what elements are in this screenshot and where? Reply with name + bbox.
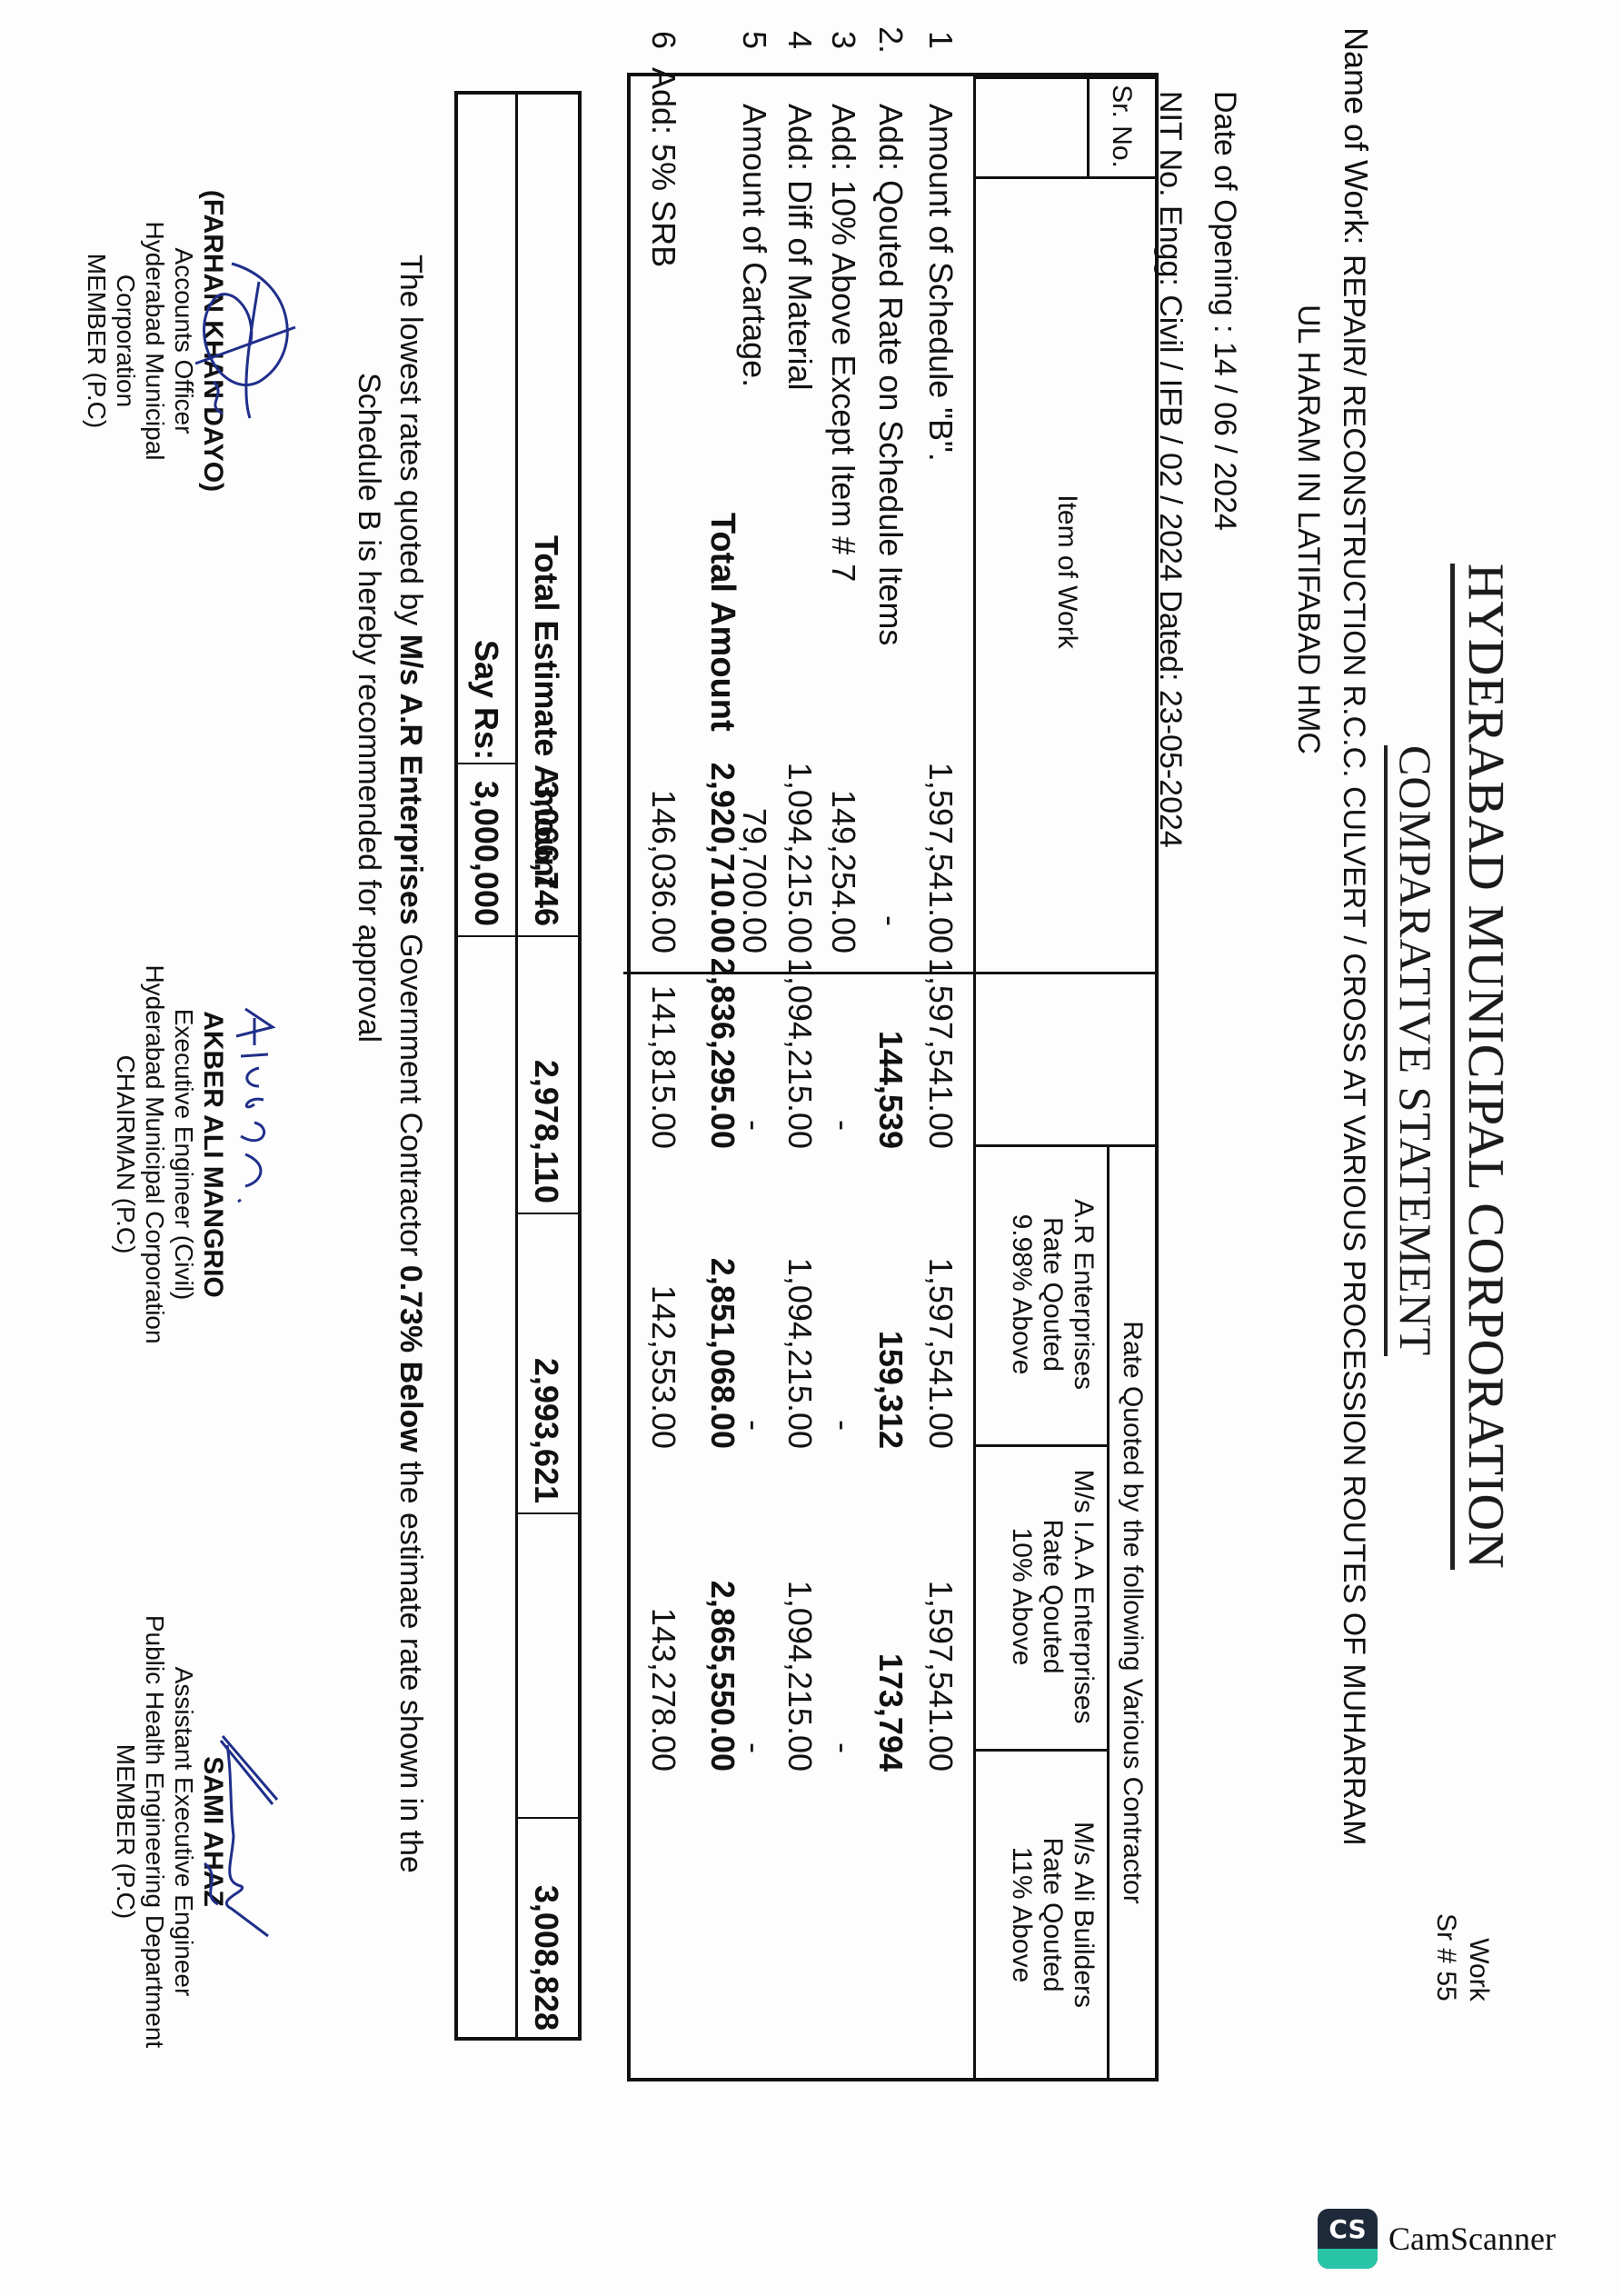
name-of-work-line1: REPAIR/ RECONSTRUCTION R.C.C. CULVERT / … bbox=[1331, 255, 1377, 1846]
signatory-role: MEMBER (P.C) bbox=[111, 1595, 140, 2068]
recommendation-line2: Schedule B is hereby recommended for app… bbox=[348, 255, 390, 1873]
row-item: Add: 5% SRB bbox=[644, 67, 682, 267]
table-row: 6Add: 5% SRB146,036.00141,815.00142,553.… bbox=[632, 76, 682, 2078]
row-c1: 2,836,295.00 bbox=[703, 858, 741, 1149]
header-contractor-group: Rate Quoted by the following Various Con… bbox=[1117, 1144, 1148, 2081]
total-contractor-2: 2,993,621 bbox=[527, 1335, 565, 1503]
row-c2: 1,094,215.00 bbox=[781, 1158, 819, 1449]
totals-col-divider bbox=[518, 1213, 578, 1214]
table-row: 2.Add: Qouted Rate on Schedule Items-144… bbox=[859, 76, 910, 2078]
totals-table: Total Estimate Amount 3,066,746 Say Rs: … bbox=[454, 91, 582, 2041]
name-of-work-value: REPAIR/ RECONSTRUCTION R.C.C. CULVERT / … bbox=[1286, 255, 1377, 1846]
signatory-organization: Hyderabad Municipal Corporation bbox=[140, 954, 169, 1354]
camscanner-logo-icon: CS bbox=[1318, 2209, 1378, 2269]
row-c2: - bbox=[824, 1158, 862, 1431]
row-c2: 2,851,068.00 bbox=[703, 1158, 741, 1449]
date-of-opening: Date of Opening : 14 / 06 / 2024 bbox=[1207, 91, 1242, 531]
statement-title: COMPARATIVE STATEMENT bbox=[1384, 745, 1442, 1356]
row-sr-no: 2. bbox=[871, 22, 910, 58]
row-sr-no: 3 bbox=[824, 22, 862, 58]
row-c3: 1,094,215.00 bbox=[781, 1481, 819, 1772]
signatory-designation: Executive Engineer (Civil) bbox=[169, 954, 198, 1354]
row-sr-no: 6 bbox=[644, 22, 682, 58]
signatory-role: MEMBER (P.C) bbox=[82, 168, 111, 514]
header-contractor-2: M/s I.A.A Enterprises Rate Qouted 10% Ab… bbox=[1006, 1444, 1099, 1749]
totals-divider bbox=[515, 95, 518, 2037]
signatory-role: CHAIRMAN (P.C) bbox=[111, 954, 140, 1354]
organization-title: HYDERABAD MUNICIPAL CORPORATION bbox=[1450, 564, 1515, 1570]
totals-col-divider bbox=[458, 935, 578, 937]
recommendation-line1: The lowest rates quoted by M/s A.R Enter… bbox=[390, 255, 432, 1873]
say-label: Say Rs: bbox=[467, 640, 505, 760]
row-item: Amount of Schedule "B". bbox=[921, 104, 960, 462]
header-sr-no: Sr. No. bbox=[1100, 76, 1137, 176]
row-c3: 143,278.00 bbox=[644, 1481, 682, 1772]
signatory-organization: Public Health Engineering Department bbox=[140, 1595, 169, 2068]
row-c3: 2,865,550.00 bbox=[703, 1481, 741, 1772]
header-contractor-1: A.R Enterprises Rate Qouted 9.98% Above bbox=[1006, 1144, 1099, 1444]
name-of-work-line2: UL HARAM IN LATIFABAD HMC bbox=[1286, 255, 1331, 1846]
row-sr-no: 1 bbox=[921, 22, 960, 58]
name-of-work-label: Name of Work: bbox=[1337, 27, 1375, 245]
row-c2: 1,597,541.00 bbox=[921, 1158, 960, 1449]
row-sr-no: 5 bbox=[735, 22, 773, 58]
camscanner-watermark: CS CamScanner bbox=[1318, 2207, 1608, 2271]
totals-col-divider bbox=[454, 763, 518, 764]
row-c1: 141,815.00 bbox=[644, 858, 682, 1149]
recommendation-text: The lowest rates quoted by M/s A.R Enter… bbox=[348, 255, 432, 1873]
document-sheet: HYDERABAD MUNICIPAL CORPORATION COMPARAT… bbox=[0, 0, 1622, 2296]
row-c3: - bbox=[824, 1481, 862, 1753]
row-c2: 159,312 bbox=[871, 1158, 910, 1449]
signature-mark-3 bbox=[186, 1727, 286, 1945]
sr-divider bbox=[1087, 76, 1090, 176]
say-value: 3,000,000 bbox=[467, 767, 505, 926]
row-item: Add: Diff of Material bbox=[781, 104, 819, 390]
total-contractor-1: 2,978,110 bbox=[527, 1035, 565, 1203]
row-c3: 173,794 bbox=[871, 1481, 910, 1772]
row-c1: - bbox=[824, 858, 862, 1131]
scanned-page: HYDERABAD MUNICIPAL CORPORATION COMPARAT… bbox=[0, 0, 1622, 2296]
total-contractor-3: 3,008,828 bbox=[527, 1858, 565, 2031]
header-contractor-3: M/s Ali Builders Rate Qouted 11% Above bbox=[1006, 1749, 1099, 2081]
table-row: 1Amount of Schedule "B".1,597,541.001,59… bbox=[909, 76, 960, 2078]
signatory-organization: Hyderabad Municipal Corporation bbox=[111, 168, 169, 514]
row-sr-no: 4 bbox=[781, 22, 819, 58]
serial-number: Sr # 55 bbox=[1429, 1913, 1462, 2002]
row-c1: 144,539 bbox=[871, 858, 910, 1149]
row-c1: 1,597,541.00 bbox=[921, 858, 960, 1149]
total-estimate-value: 3,066,746 bbox=[527, 767, 565, 926]
signature-mark-1 bbox=[177, 227, 313, 436]
totals-col-divider bbox=[518, 1512, 578, 1514]
row-item: Add: 10% Above Except Item # 7 bbox=[824, 104, 862, 582]
row-item: Add: Qouted Rate on Schedule Items bbox=[871, 104, 910, 645]
header-item-of-work: Item of Work bbox=[1051, 176, 1082, 967]
work-reference: Work Sr # 55 bbox=[1429, 1913, 1495, 2002]
row-c3: 1,597,541.00 bbox=[921, 1481, 960, 1772]
camscanner-name: CamScanner bbox=[1388, 2220, 1556, 2258]
comparative-table: Sr. No. Item of Work Rate Quoted by the … bbox=[627, 73, 1159, 2081]
signatory-block-2: AKBER ALI MANGRIO Executive Engineer (Ci… bbox=[111, 954, 227, 1354]
table-row: 3Add: 10% Above Except Item # 7149,254.0… bbox=[811, 76, 862, 2078]
group-divider bbox=[1107, 1144, 1110, 2081]
signature-mark-2 bbox=[218, 1000, 282, 1236]
row-c1: 1,094,215.00 bbox=[781, 858, 819, 1149]
table-row: 4Add: Diff of Material1,094,215.001,094,… bbox=[768, 76, 819, 2078]
total-row: Total Amount2,920,710.002,836,295.002,85… bbox=[691, 76, 741, 2078]
row-c2: 142,553.00 bbox=[644, 1158, 682, 1449]
totals-col-divider bbox=[518, 1817, 578, 1819]
work-label: Work bbox=[1462, 1913, 1495, 2002]
